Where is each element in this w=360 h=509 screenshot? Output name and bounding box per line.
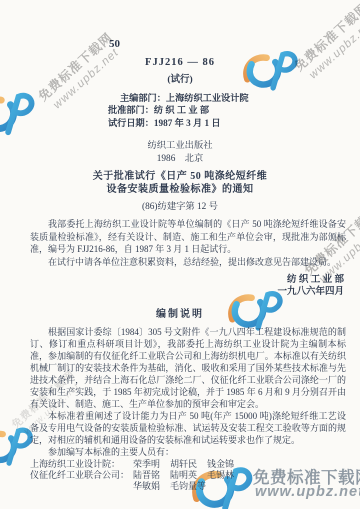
credit-name: 钱金锦 [207, 459, 244, 470]
credit-row: 华敏娟毛钧量等 [30, 481, 244, 492]
up-logo-icon [0, 84, 38, 138]
signature-org: 纺 织 工 业 部 [277, 275, 344, 287]
credit-row: 仪征化纤工业联合公司：陆晋铭陆明英毛锡林 [30, 470, 244, 481]
document-page: 免费标准下载网 www.upbz.net 免费标准下载网 www.upbz.ne… [0, 0, 360, 509]
signature-date: 一九八六年四月 [277, 287, 344, 299]
credit-name: 荣季明 [133, 459, 170, 470]
signature-block: 纺 织 工 业 部 一九八六年四月 [277, 275, 344, 299]
trial-date: 试行日期：1987 年 3 月 1 日 [108, 117, 249, 129]
department-block: 主编部门：上海纺织工业设计院 批准部门：纺 织 工 业 部 试行日期：1987 … [108, 92, 249, 129]
credit-name: 陆明英 [170, 470, 207, 481]
credits-block: 上海纺织工业设计院：荣季明胡轩民钱金锦 仪征化纤工业联合公司：陆晋铭陆明英毛锡林… [30, 459, 244, 492]
compilation-paragraph: 本标准着重阐述了设计能力为日产 50 吨(年产 15000 吨)涤纶短纤维工艺设… [30, 410, 346, 446]
chief-editor-dept: 主编部门：上海纺织工业设计院 [108, 92, 249, 104]
notice-title-line2: 设备安装质量检验标准》的通知 [0, 180, 360, 195]
notice-doc-number: (86)纺建字第 12 号 [0, 198, 360, 212]
trial-label: (试行) [0, 71, 360, 85]
credit-org: 上海纺织工业设计院： [30, 459, 133, 470]
compilation-note-body: 根据国家计委综〔1984〕305 号文附件《一九八四年工程建设标准规范的制订、修… [30, 326, 346, 458]
compilation-note-heading: 编制说明 [0, 305, 360, 320]
credit-row: 上海纺织工业设计院：荣季明胡轩民钱金锦 [30, 459, 244, 470]
compilation-paragraph: 参加编写本标准的主要人员有： [30, 446, 346, 458]
compilation-paragraph: 根据国家计委综〔1984〕305 号文附件《一九八四年工程建设标准规范的制订、修… [30, 326, 346, 410]
notice-paragraph: 我部委托上海纺织工业设计院等单位编制的《日产 50 吨涤纶短纤维设备安装质量检验… [30, 218, 346, 256]
watermark-site-name: 免费标准下载网 [256, 0, 360, 107]
credit-name: 华敏娟 [133, 481, 170, 492]
credit-name: 胡轩民 [170, 459, 207, 470]
watermark-bottomright-site-name: 免费标准下载网 [253, 464, 360, 488]
watermark-bottomright-site-url: www.upbz.net [255, 484, 360, 500]
page-number: 50 [109, 38, 120, 50]
credit-org: 仪征化纤工业联合公司： [30, 470, 133, 481]
publish-info: 1986 北京 [0, 150, 360, 164]
credit-name: 毛钧量等 [170, 481, 207, 492]
up-logo-icon [243, 32, 301, 104]
credit-name: 陆晋铭 [133, 470, 170, 481]
credit-name: 毛锡林 [207, 470, 244, 481]
notice-paragraph: 在试行中请各单位注意积累资料，总结经验，提出修改意见告部建设局。 [30, 256, 346, 269]
approval-dept: 批准部门：纺 织 工 业 部 [108, 104, 249, 116]
notice-body: 我部委托上海纺织工业设计院等单位编制的《日产 50 吨涤纶短纤维设备安装质量检验… [30, 218, 346, 269]
standard-code: FJJ216 — 86 [0, 57, 360, 68]
